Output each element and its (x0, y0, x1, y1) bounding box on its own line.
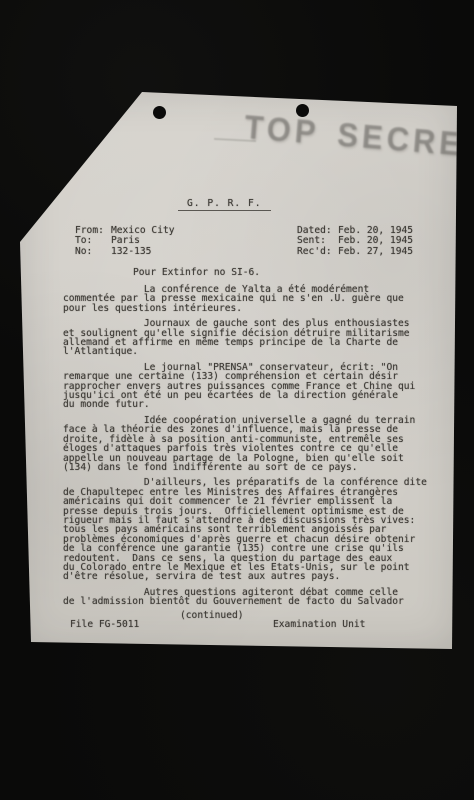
continued-note: (continued) (180, 610, 244, 621)
file-number: File FG-5011 (70, 619, 139, 630)
paragraph-chapultepec: D'ailleurs, les préparatifs de la confér… (63, 478, 443, 581)
no-label: No: (75, 247, 111, 257)
examination-unit-label: Examination Unit (273, 619, 365, 630)
document-body: La conférence de Yalta a été modérément … (63, 285, 443, 613)
paragraph-yalta: La conférence de Yalta a été modérément … (63, 285, 443, 313)
recd-label: Rec'd: (297, 247, 338, 257)
paragraph-left-press: Journaux de gauche sont des plus enthous… (63, 319, 443, 357)
routing-block-dates: Dated: Feb. 20, 1945 Sent: Feb. 20, 1945… (297, 226, 413, 257)
document-title: G. P. R. F. (178, 198, 271, 211)
paragraph-cooperation: Idée coopération universelle a gagné du … (63, 416, 443, 472)
paragraph-prensa: Le journal "PRENSA" conservateur, écrit:… (63, 363, 443, 410)
salutation-line: Pour Extinfor no SI-6. (133, 268, 260, 278)
top-secret-stamp: TOP SECRET (243, 108, 474, 166)
recd-value: Feb. 27, 1945 (338, 247, 413, 257)
hole-punch-right (296, 104, 309, 117)
paragraph-other-issues: Autres questions agiteront débat comme c… (63, 588, 443, 607)
no-value: 132-135 (111, 247, 175, 257)
hole-punch-left (153, 106, 166, 119)
document-page: TOP SECRET G. P. R. F. From: Mexico City… (18, 90, 460, 652)
routing-block-origin: From: Mexico City To: Paris No: 132-135 (75, 226, 175, 257)
